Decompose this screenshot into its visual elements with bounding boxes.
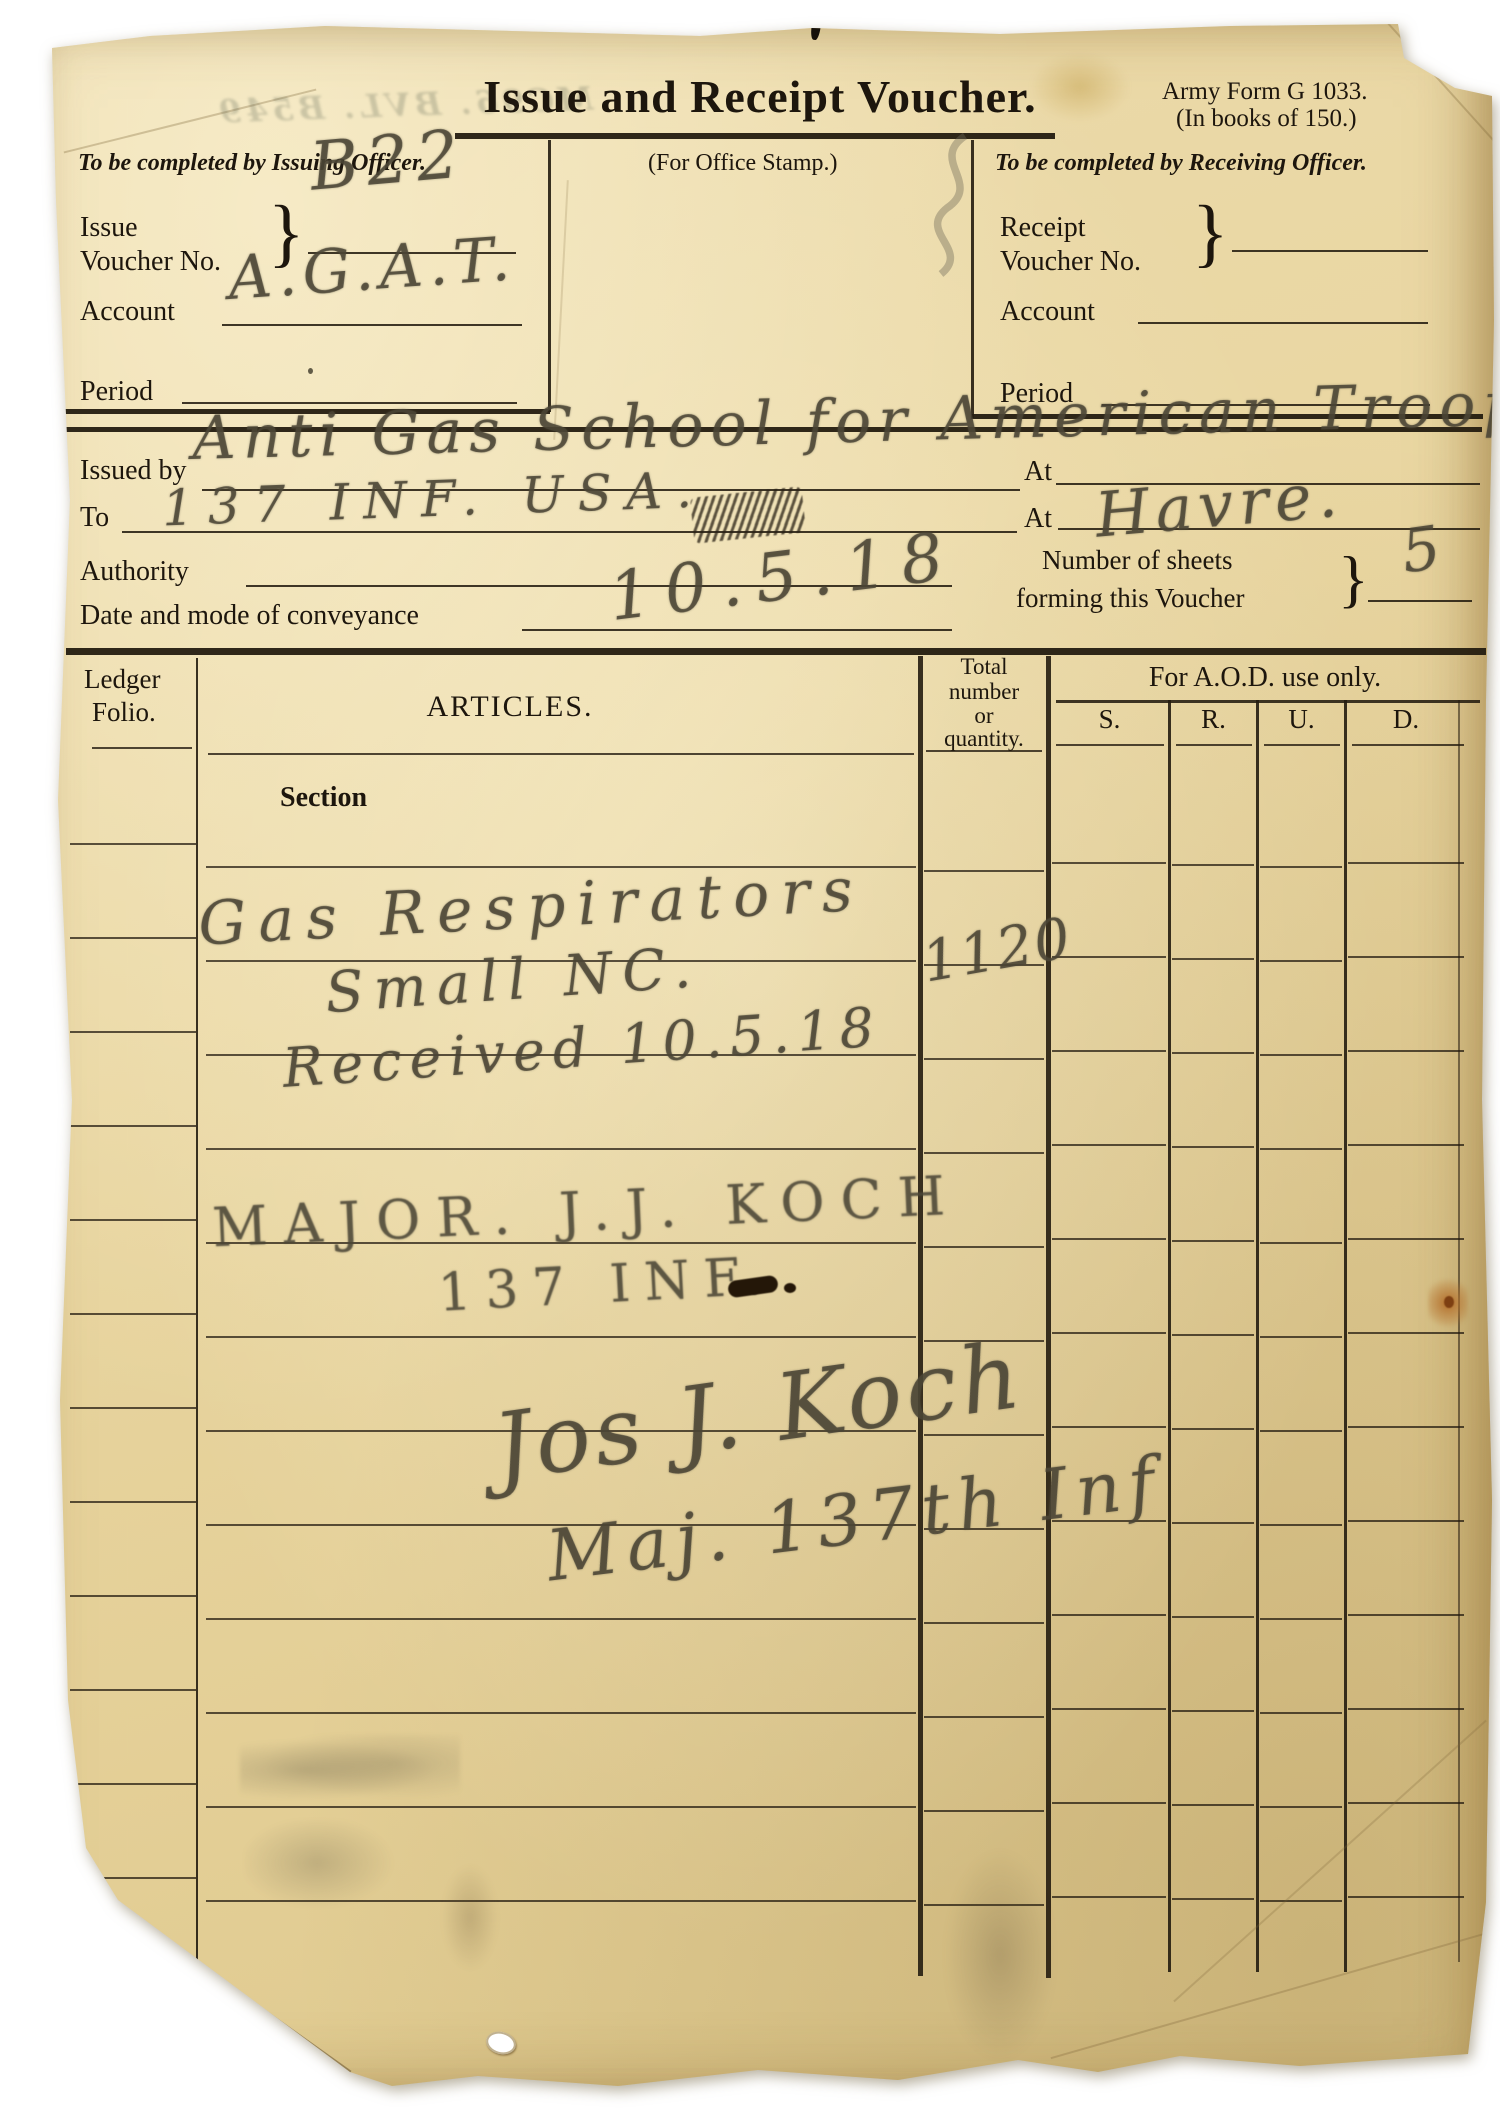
aod-divider	[1168, 700, 1171, 1972]
table-top-rule	[66, 648, 1486, 655]
conveyance-label: Date and mode of conveyance	[80, 600, 419, 632]
sheets-label-1: Number of sheets	[1042, 545, 1232, 576]
ledger-divider	[196, 658, 198, 1970]
at-value-2: Havre.	[1092, 457, 1346, 551]
aod-header: For A.O.D. use only.	[1055, 662, 1475, 694]
header-underline	[208, 753, 914, 755]
at-label-2: At	[1024, 503, 1052, 535]
red-stain	[22, 780, 31, 791]
aod-row-lines	[1260, 866, 1342, 1918]
issue-voucher-value: B22	[307, 115, 470, 205]
stain	[440, 1860, 500, 1975]
quantity-left-divider	[918, 656, 923, 1976]
scribble-strikeout	[690, 486, 806, 543]
header-underline	[1352, 744, 1464, 746]
aod-divider	[1256, 700, 1259, 1972]
issuing-period-label: Period	[80, 376, 153, 408]
sheets-value: 5	[1397, 513, 1445, 588]
red-stain	[28, 806, 35, 814]
aod-row-lines	[1172, 864, 1254, 1916]
crease-line	[1051, 1903, 1500, 2059]
sheets-label-2: forming this Voucher	[1016, 583, 1245, 614]
receiving-account-label: Account	[1000, 296, 1095, 328]
issue-voucher-label-1: Issue	[80, 212, 138, 244]
column-divider	[548, 140, 551, 412]
receipt-voucher-label-2: Voucher No.	[1000, 246, 1141, 278]
aod-col-s: S.	[1051, 704, 1168, 735]
pencil-smudge	[240, 1735, 460, 1805]
receipt-voucher-line	[1232, 250, 1428, 252]
paper-shadow-wrap: MC96. BVL. B549 Issue and Receipt Vouche…	[0, 0, 1500, 2125]
articles-header: ARTICLES.	[300, 690, 720, 724]
sheets-brace: }	[1338, 542, 1369, 616]
to-label: To	[80, 502, 109, 534]
qty-header-4: quantity.	[922, 726, 1046, 752]
receipt-voucher-brace: }	[1192, 190, 1228, 277]
form-reference: Army Form G 1033.	[1162, 78, 1368, 106]
voucher-paper: MC96. BVL. B549 Issue and Receipt Vouche…	[0, 0, 1500, 2125]
quantity-right-divider	[1046, 656, 1051, 1978]
ink-blot	[784, 1283, 796, 1293]
ledger-row-lines	[70, 843, 196, 1903]
qty-header-1: Total	[922, 654, 1046, 680]
office-stamp-label: (For Office Stamp.)	[648, 150, 838, 177]
header-underline	[92, 747, 192, 749]
aod-col-r: R.	[1171, 704, 1256, 735]
pencil-squiggle	[905, 130, 995, 280]
aod-row-lines	[1052, 862, 1166, 1914]
receiving-account-line	[1138, 322, 1428, 324]
conveyance-line	[522, 629, 952, 631]
crease-line	[1372, 6, 1500, 156]
conveyance-value: 10.5.18	[605, 517, 962, 636]
header-underline	[926, 750, 1042, 752]
sheets-line	[1368, 600, 1472, 602]
aod-col-u: U.	[1259, 704, 1344, 735]
issue-voucher-label-2: Voucher No.	[80, 246, 221, 278]
header-underline	[1176, 744, 1252, 746]
header-underline	[1056, 744, 1164, 746]
top-edge-mark	[810, 8, 823, 41]
section-label: Section	[280, 782, 367, 814]
pencil-smudge	[245, 1820, 405, 1915]
stain	[940, 1840, 1060, 2070]
scanned-voucher-page: MC96. BVL. B549 Issue and Receipt Vouche…	[0, 0, 1500, 2125]
ledger-header-2: Folio.	[92, 697, 156, 728]
receipt-voucher-label-1: Receipt	[1000, 212, 1086, 244]
rust-stain-dot	[1444, 1296, 1454, 1308]
form-title: Issue and Receipt Voucher.	[450, 70, 1070, 123]
issuing-account-line	[222, 324, 522, 326]
ledger-header-1: Ledger	[84, 664, 160, 695]
paper-hole	[484, 2028, 519, 2057]
pencil-dot	[308, 368, 313, 374]
authority-label: Authority	[80, 556, 189, 588]
qty-header-2: number	[922, 679, 1046, 705]
aod-col-d: D.	[1347, 704, 1465, 735]
at-label: At	[1024, 456, 1052, 488]
header-underline	[1264, 744, 1340, 746]
receiving-heading: To be completed by Receiving Officer.	[995, 150, 1367, 177]
aod-header-rule	[1056, 700, 1480, 703]
issuing-account-label: Account	[80, 296, 175, 328]
form-reference-books: (In books of 150.)	[1176, 105, 1357, 133]
issued-by-value: Anti Gas School for American Troops	[191, 368, 1500, 474]
aod-divider	[1344, 700, 1347, 1972]
fold-crease-edge	[93, 1888, 351, 2073]
